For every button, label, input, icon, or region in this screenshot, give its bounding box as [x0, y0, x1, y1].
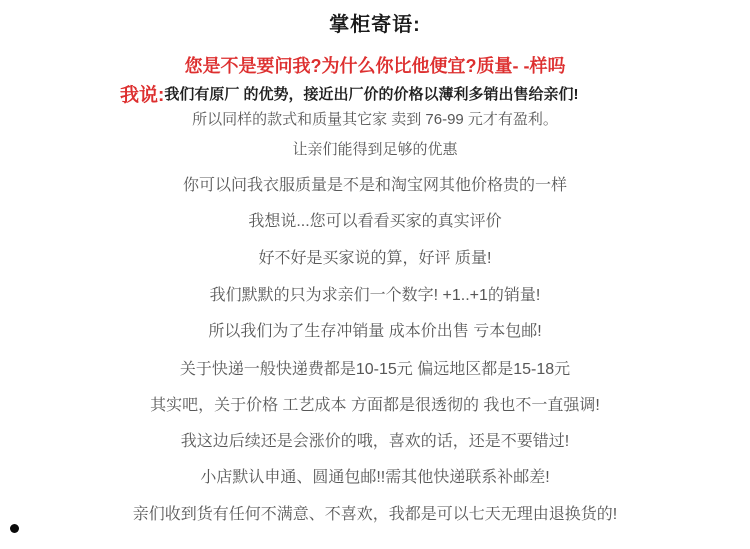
seller-answer-line: 我说:我们有原厂 的优势，接近出厂价的价格以薄利多销出售给亲们! — [120, 80, 579, 107]
message-line-cost-price: 所以我们为了生存冲销量 成本价出售 亏本包邮! — [0, 318, 750, 341]
message-line-return-policy: 亲们收到货有任何不满意、不喜欢，我都是可以七天无理由退换货的! — [0, 501, 750, 524]
i-say-text: 我们有原厂 的优势，接近出厂价的价格以薄利多销出售给亲们! — [164, 86, 578, 103]
bullet-dot — [10, 524, 19, 533]
message-line-discount: 让亲们能得到足够的优惠 — [0, 138, 750, 159]
message-line-buyer-decides: 好不好是买家说的算，好评 质量! — [0, 245, 750, 268]
shopkeeper-message-panel: 掌柜寄语: 您是不是要问我?为什么你比他便宜?质量- -样吗 我说:我们有原厂 … — [0, 0, 750, 549]
buyer-question-headline: 您是不是要问我?为什么你比他便宜?质量- -样吗 — [0, 52, 750, 78]
message-line-profit: 所以同样的款式和质量其它家 卖到 76-99 元才有盈利。 — [0, 108, 750, 129]
message-line-quality-compare: 你可以问我衣服质量是不是和淘宝网其他价格贵的一样 — [0, 172, 750, 195]
message-line-sales-count: 我们默默的只为求亲们一个数字! +1..+1的销量! — [0, 282, 750, 305]
message-line-shipping-fee: 关于快递一般快递费都是10-15元 偏远地区都是15-18元 — [0, 356, 750, 379]
message-line-craft-cost: 其实吧，关于价格 工艺成本 方面都是很透彻的 我也不一直强调! — [0, 392, 750, 415]
message-line-courier-default: 小店默认申通、圆通包邮!!需其他快递联系补邮差! — [0, 464, 750, 487]
page-title: 掌柜寄语: — [0, 8, 750, 37]
i-say-label: 我说: — [120, 85, 164, 106]
message-line-reviews: 我想说...您可以看看买家的真实评价 — [0, 208, 750, 231]
message-line-price-rise: 我这边后续还是会涨价的哦，喜欢的话，还是不要错过! — [0, 428, 750, 451]
